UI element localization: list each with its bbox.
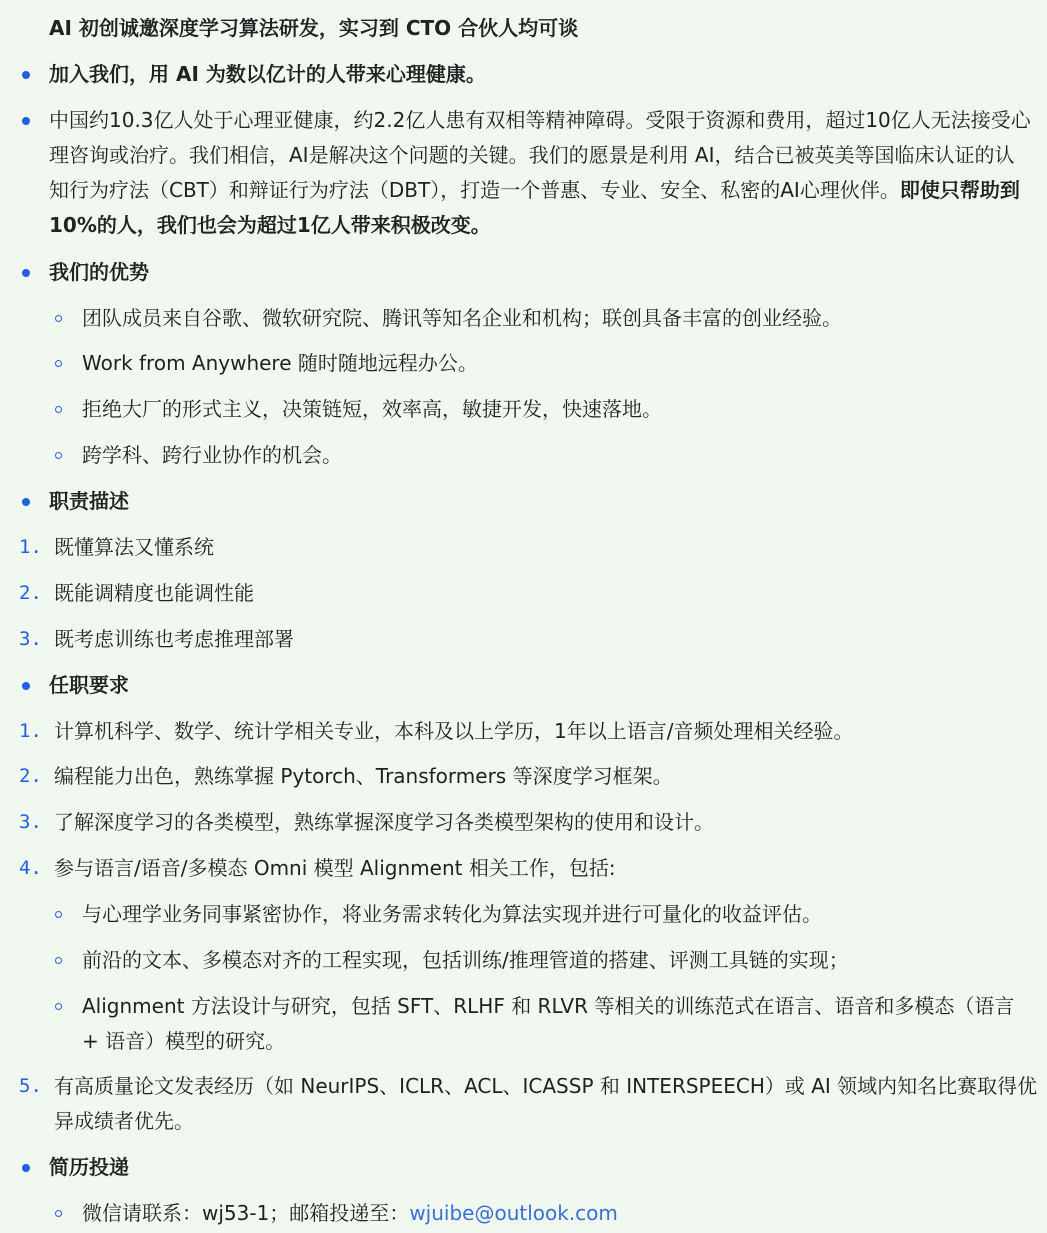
- intro-text: 中国约10.3亿人处于心理亚健康，约2.2亿人患有双相等精神障碍。受限于资源和费…: [49, 108, 1031, 202]
- requirement-text: 参与语言/语音/多模态 Omni 模型 Alignment 相关工作，包括:: [54, 851, 616, 886]
- list-number: 1.: [19, 714, 42, 749]
- intro-paragraph: 中国约10.3亿人处于心理亚健康，约2.2亿人患有双相等精神障碍。受限于资源和费…: [49, 103, 1034, 243]
- bullet-circle-icon: [55, 957, 62, 964]
- duties-title: 职责描述: [49, 484, 129, 519]
- advantage-text: 跨学科、跨行业协作的机会。: [82, 438, 342, 473]
- bullet-circle-icon: [55, 1003, 62, 1010]
- advantage-text: 团队成员来自谷歌、微软研究院、腾讯等知名企业和机构；联创具备丰富的创业经验。: [82, 301, 842, 336]
- resume-title: 简历投递: [49, 1150, 129, 1185]
- bullet-dot-icon: [22, 498, 30, 506]
- join-text: 加入我们，用 AI 为数以亿计的人带来心理健康。: [49, 57, 486, 92]
- contact-line: 微信请联系：wj53-1；邮箱投递至：wjuibe@outlook.com: [82, 1196, 618, 1231]
- duty-text: 既能调精度也能调性能: [54, 576, 254, 611]
- bullet-circle-icon: [55, 315, 62, 322]
- advantage-text: 拒绝大厂的形式主义，决策链短，效率高，敏捷开发，快速落地。: [82, 392, 662, 427]
- advantage-text: Work from Anywhere 随时随地远程办公。: [82, 346, 478, 381]
- requirement-text: 计算机科学、数学、统计学相关专业，本科及以上学历，1年以上语言/音频处理相关经验…: [54, 714, 853, 749]
- bullet-circle-icon: [55, 406, 62, 413]
- contact-prefix: 微信请联系：wj53-1；邮箱投递至：: [82, 1201, 409, 1225]
- email-link[interactable]: wjuibe@outlook.com: [409, 1201, 618, 1225]
- bullet-dot-icon: [22, 269, 30, 277]
- requirement-sub-text: 与心理学业务同事紧密协作，将业务需求转化为算法实现并进行可量化的收益评估。: [82, 897, 822, 932]
- list-number: 1.: [19, 530, 42, 565]
- bullet-circle-icon: [55, 1210, 62, 1217]
- list-number: 2.: [19, 759, 42, 794]
- bullet-dot-icon: [22, 682, 30, 690]
- duty-text: 既懂算法又懂系统: [54, 530, 214, 565]
- requirement-text: 了解深度学习的各类模型，熟练掌握深度学习各类模型架构的使用和设计。: [54, 805, 714, 840]
- list-number: 2.: [19, 576, 42, 611]
- list-number: 3.: [19, 805, 42, 840]
- list-number: 3.: [19, 622, 42, 657]
- list-number: 5.: [19, 1069, 42, 1104]
- bullet-dot-icon: [22, 117, 30, 125]
- requirements-title: 任职要求: [49, 668, 129, 703]
- bullet-circle-icon: [55, 452, 62, 459]
- requirement-sub-text: 前沿的文本、多模态对齐的工程实现，包括训练/推理管道的搭建、评测工具链的实现；: [82, 943, 849, 978]
- requirement-sub-text: Alignment 方法设计与研究，包括 SFT、RLHF 和 RLVR 等相关…: [82, 989, 1032, 1059]
- bullet-dot-icon: [22, 71, 30, 79]
- requirement-text: 编程能力出色，熟练掌握 Pytorch、Transformers 等深度学习框架…: [54, 759, 673, 794]
- bullet-dot-icon: [22, 1164, 30, 1172]
- bullet-circle-icon: [55, 911, 62, 918]
- advantages-title: 我们的优势: [49, 255, 149, 290]
- bullet-circle-icon: [55, 360, 62, 367]
- requirement-text: 有高质量论文发表经历（如 NeurIPS、ICLR、ACL、ICASSP 和 I…: [54, 1069, 1039, 1139]
- duty-text: 既考虑训练也考虑推理部署: [54, 622, 294, 657]
- headline-text: AI 初创诚邀深度学习算法研发，实习到 CTO 合伙人均可谈: [49, 11, 578, 46]
- list-number: 4.: [19, 851, 42, 886]
